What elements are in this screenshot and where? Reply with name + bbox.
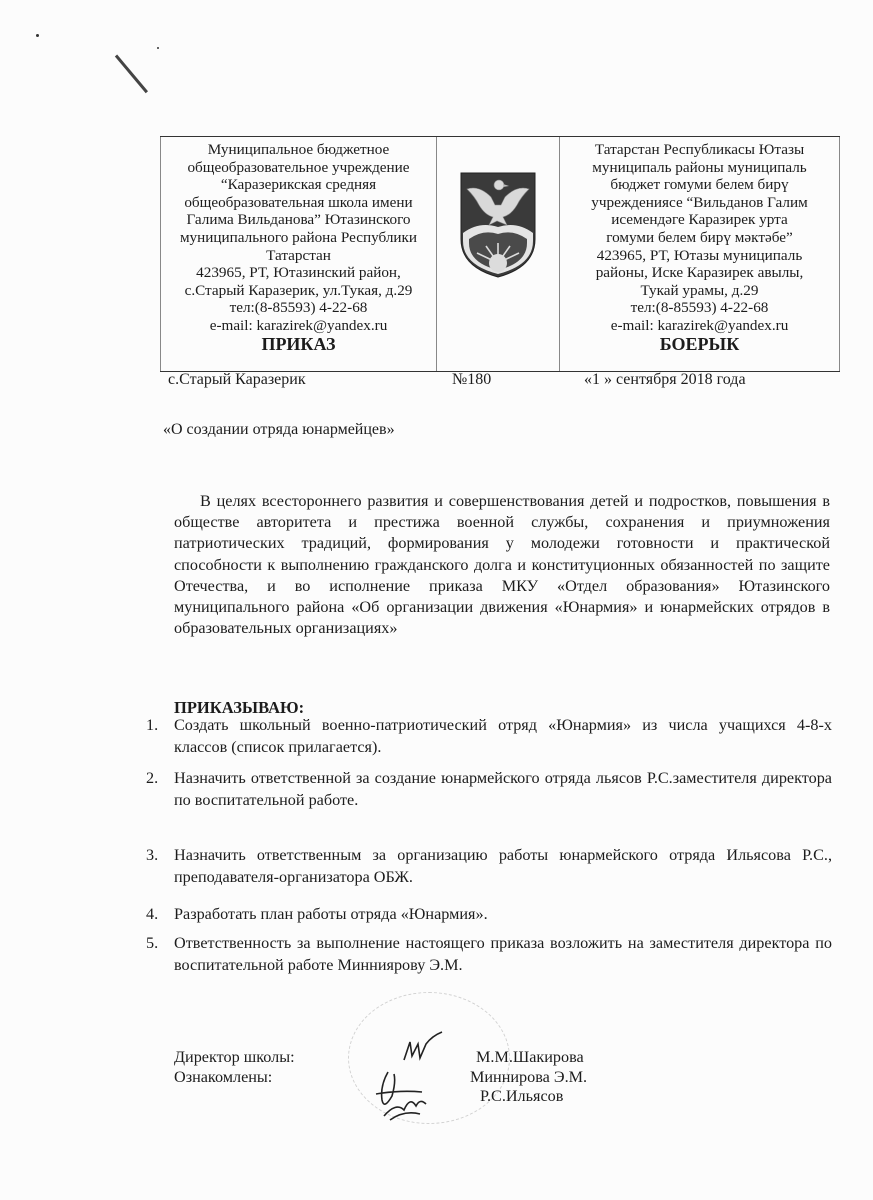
- letterhead-line: муниципального района Республики: [161, 229, 436, 247]
- scanned-document-page: Муниципальное бюджетное общеобразователь…: [0, 0, 873, 1200]
- scan-speck: [157, 47, 159, 49]
- director-label: Директор школы:: [174, 1048, 295, 1068]
- letterhead-line: Галима Вильданова” Ютазинского: [161, 211, 436, 229]
- letterhead-russian: Муниципальное бюджетное общеобразователь…: [160, 137, 436, 371]
- scan-mark: [115, 55, 148, 94]
- letterhead-address: 423965, РТ, Ютазинский район,: [161, 264, 436, 282]
- director-signature-icon: [398, 1030, 444, 1066]
- order-item-text: Разработать план работы отряда «Юнармия»…: [174, 904, 832, 926]
- letterhead-address: районы, Иске Каразирек авылы,: [560, 264, 839, 282]
- order-item: 2. Назначить ответственной за создание ю…: [146, 768, 832, 812]
- acknowledged-name: Миннирова Э.М.: [470, 1068, 587, 1088]
- order-item: 4. Разработать план работы отряда «Юнарм…: [146, 904, 832, 926]
- order-item: 5. Ответственность за выполнение настоящ…: [146, 933, 832, 977]
- letterhead-line: Муниципальное бюджетное: [161, 141, 436, 159]
- order-item-text: Создать школьный военно-патриотический о…: [174, 715, 832, 759]
- director-name: М.М.Шакирова: [470, 1048, 587, 1068]
- order-item-number: 5.: [146, 933, 158, 955]
- acknowledgement-signature-icon: [370, 1066, 430, 1124]
- acknowledged-label: Ознакомлены:: [174, 1068, 295, 1088]
- signature-labels: Директор школы: Ознакомлены:: [174, 1048, 295, 1087]
- letterhead-line: гомуми белем бирү мәктәбе”: [560, 229, 839, 247]
- order-number: №180: [452, 371, 491, 389]
- coat-of-arms-icon: [459, 171, 537, 279]
- letterhead-line: Татарстан Республикасы Ютазы: [560, 141, 839, 159]
- order-preamble: В целях всестороннего развития и соверше…: [174, 491, 830, 639]
- letterhead-line: исемендәге Каразирек урта: [560, 211, 839, 229]
- letterhead-phone: тел:(8-85593) 4-22-68: [161, 299, 436, 317]
- doc-type-russian: ПРИКАЗ: [161, 336, 436, 354]
- letterhead-line: бюджет гомуми белем бирү: [560, 176, 839, 194]
- letterhead-tatar: Татарстан Республикасы Ютазы муниципаль …: [560, 137, 840, 371]
- letterhead-email: e-mail: karazirek@yandex.ru: [161, 317, 436, 335]
- order-item: 1. Создать школьный военно-патриотически…: [146, 715, 832, 759]
- letterhead-line: общеобразовательная школа имени: [161, 194, 436, 212]
- doc-type-tatar: БОЕРЫК: [560, 336, 839, 354]
- order-item-number: 2.: [146, 768, 158, 790]
- order-item: 3. Назначить ответственным за организаци…: [146, 845, 832, 889]
- order-place: с.Старый Каразерик: [168, 371, 306, 389]
- order-item-number: 1.: [146, 715, 158, 737]
- signature-names: М.М.Шакирова Миннирова Э.М. Р.С.Ильясов: [470, 1048, 587, 1107]
- order-item-text: Назначить ответственной за создание юнар…: [174, 768, 832, 812]
- letterhead-line: муниципаль районы муниципаль: [560, 159, 839, 177]
- letterhead-emblem-cell: [436, 137, 560, 371]
- order-date: «1 » сентября 2018 года: [584, 371, 746, 389]
- letterhead-line: Татарстан: [161, 247, 436, 265]
- letterhead-address: 423965, РТ, Ютазы муниципаль: [560, 247, 839, 265]
- letterhead-line: “Каразерикская средняя: [161, 176, 436, 194]
- letterhead-email: e-mail: karazirek@yandex.ru: [560, 317, 839, 335]
- letterhead-address: Тукай урамы, д.29: [560, 282, 839, 300]
- order-item-text: Назначить ответственным за организацию р…: [174, 845, 832, 889]
- order-item-number: 3.: [146, 845, 158, 867]
- letterhead-phone: тел:(8-85593) 4-22-68: [560, 299, 839, 317]
- order-item-number: 4.: [146, 904, 158, 926]
- order-subject: «О создании отряда юнармейцев»: [163, 421, 395, 439]
- acknowledged-name: Р.С.Ильясов: [470, 1087, 587, 1107]
- letterhead-table: Муниципальное бюджетное общеобразователь…: [160, 136, 840, 372]
- letterhead-line: учреждениясе “Вильданов Галим: [560, 194, 839, 212]
- letterhead-address: с.Старый Каразерик, ул.Тукая, д.29: [161, 282, 436, 300]
- letterhead-line: общеобразовательное учреждение: [161, 159, 436, 177]
- order-item-text: Ответственность за выполнение настоящего…: [174, 933, 832, 977]
- scan-speck: [36, 34, 39, 37]
